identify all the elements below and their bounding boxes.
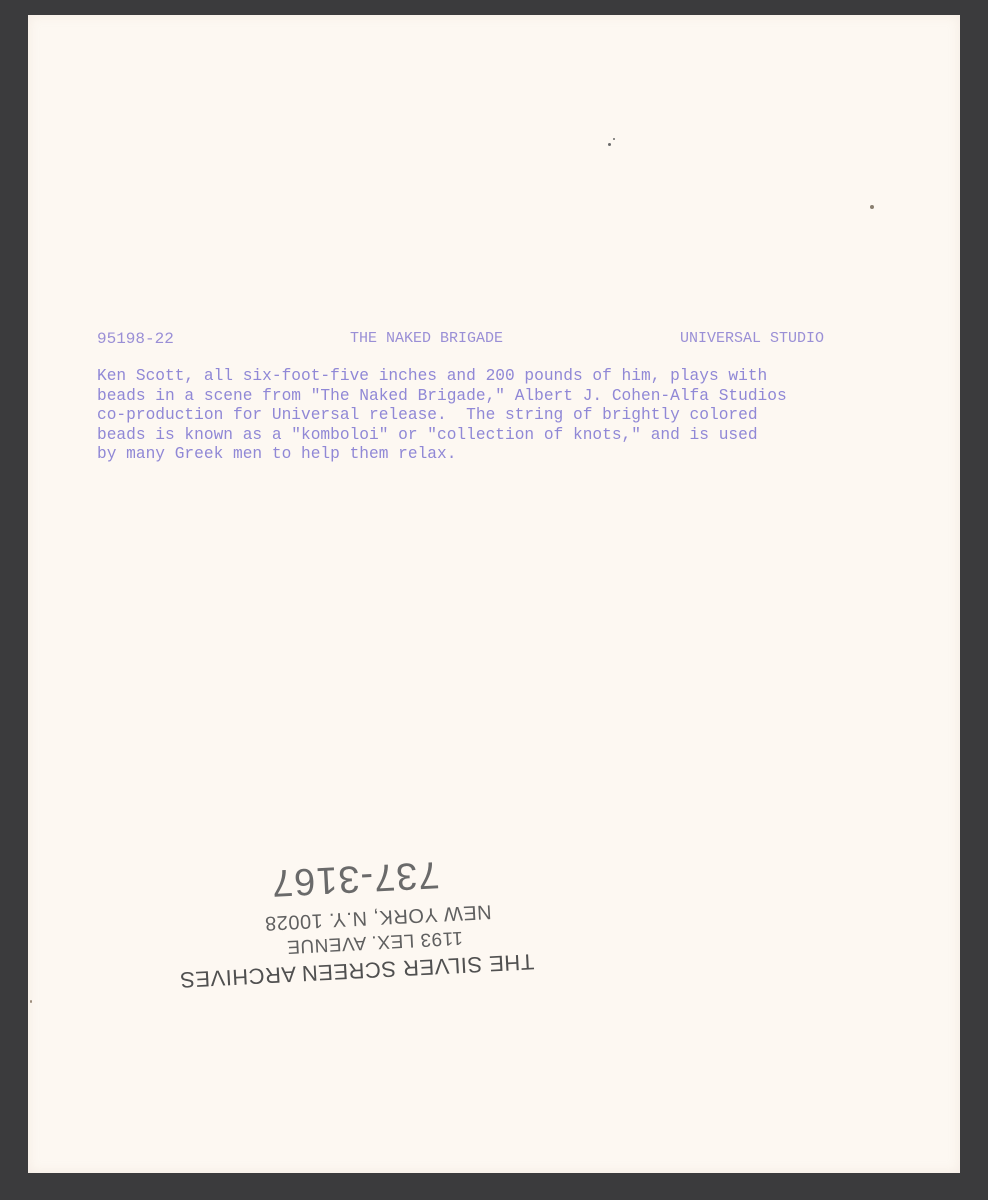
archive-stamp: THE SILVER SCREEN ARCHIVES 1193 LEX. AVE… [229,852,535,998]
caption-line: by many Greek men to help them relax. [97,445,917,465]
caption-line: co-production for Universal release. The… [97,406,917,426]
photo-back-paper [28,15,960,1173]
caption-line: beads is known as a "komboloi" or "colle… [97,426,917,446]
reference-number: 95198-22 [97,330,174,348]
dust-speck [30,1000,32,1003]
dust-speck [613,138,615,140]
caption-line: Ken Scott, all six-foot-five inches and … [97,367,917,387]
stamp-phone: 737-3167 [270,852,441,904]
caption-line: beads in a scene from "The Naked Brigade… [97,387,917,407]
dust-speck [870,205,874,209]
film-title: THE NAKED BRIGADE [350,330,503,347]
dust-speck [608,143,611,146]
caption-text: Ken Scott, all six-foot-five inches and … [97,367,917,465]
studio-name: UNIVERSAL STUDIO [680,330,824,347]
